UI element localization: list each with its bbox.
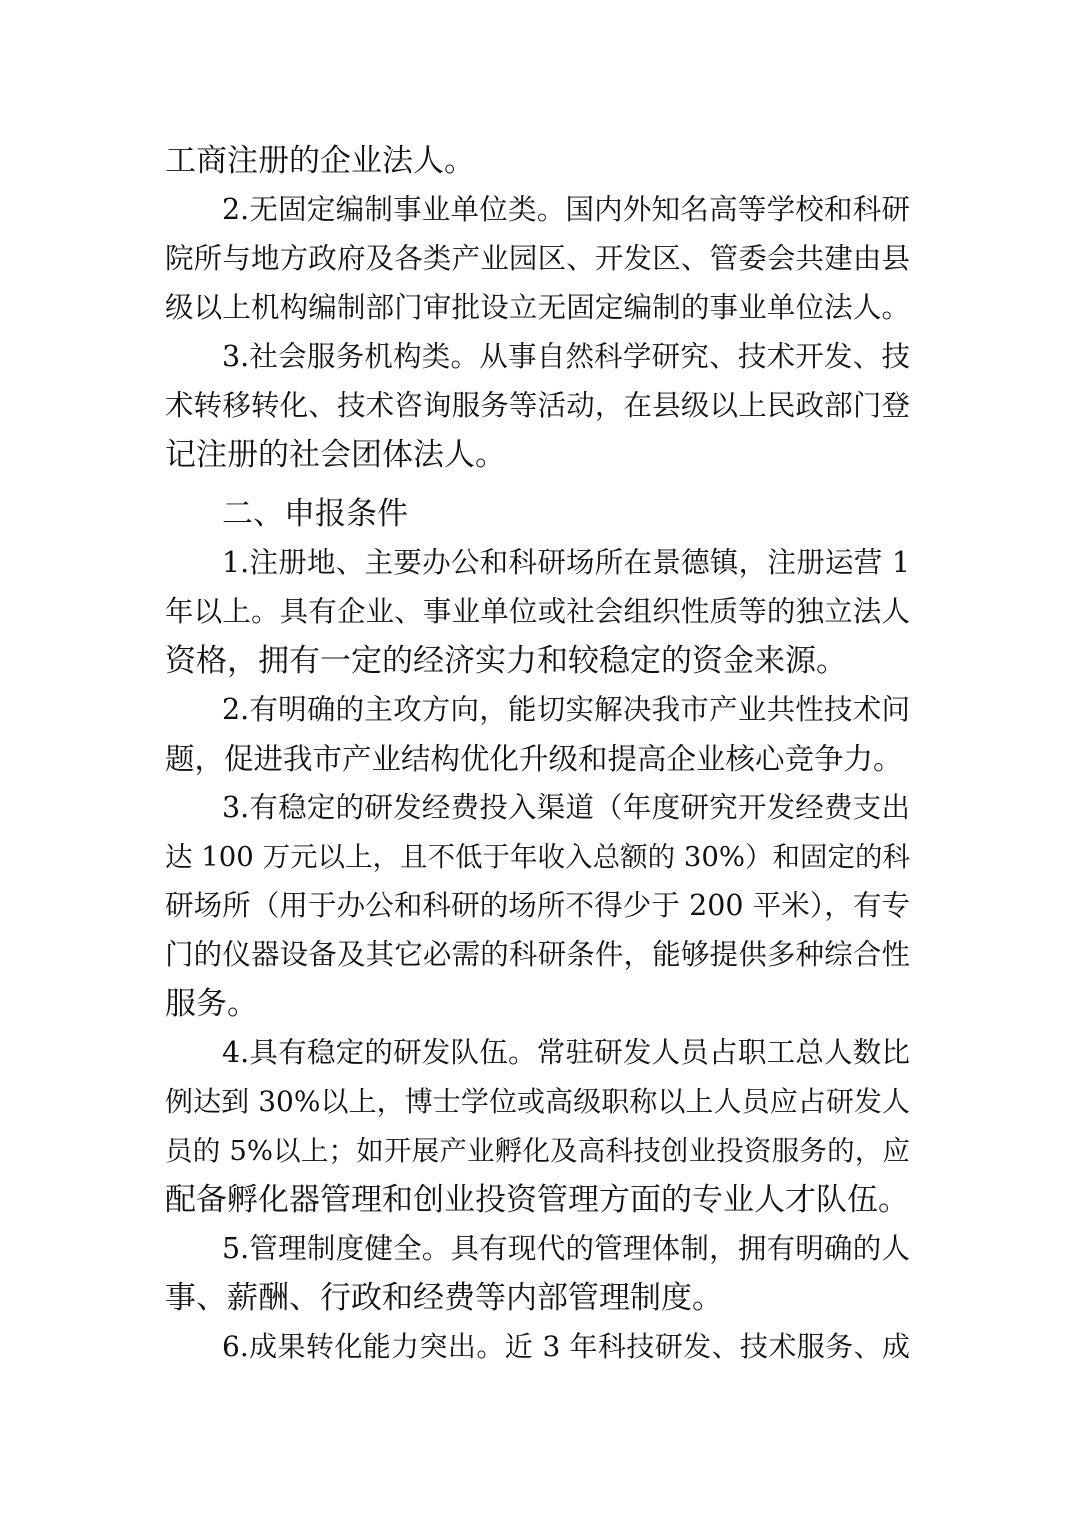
paragraph-line: 服务。 [165, 984, 910, 1024]
paragraph-line: 事、薪酬、行政和经费等内部管理制度。 [165, 1278, 910, 1318]
paragraph-line: 4.具有稳定的研发队伍。常驻研发人员占职工总人数比 [222, 1033, 910, 1073]
paragraph-line: 院所与地方政府及各类产业园区、开发区、管委会共建由县 [165, 239, 910, 279]
paragraph-line: 记注册的社会团体法人。 [165, 435, 910, 475]
paragraph-line: 术转移转化、技术咨询服务等活动，在县级以上民政部门登 [165, 386, 910, 426]
paragraph-line: 2.无固定编制事业单位类。国内外知名高等学校和科研 [222, 190, 910, 230]
paragraph-line: 配备孵化器管理和创业投资管理方面的专业人才队伍。 [165, 1180, 910, 1220]
paragraph-line: 员的 5%以上；如开展产业孵化及高科技创业投资服务的，应 [165, 1131, 910, 1171]
paragraph-line: 级以上机构编制部门审批设立无固定编制的事业单位法人。 [165, 288, 910, 328]
document-page: 工商注册的企业法人。 2.无固定编制事业单位类。国内外知名高等学校和科研 院所与… [0, 0, 1074, 1520]
paragraph-line: 6.成果转化能力突出。近 3 年科技研发、技术服务、成 [222, 1327, 910, 1367]
paragraph-line: 题，促进我市产业结构优化升级和提高企业核心竞争力。 [165, 739, 910, 779]
section-heading: 二、申报条件 [222, 494, 408, 534]
paragraph-line: 资格，拥有一定的经济实力和较稳定的资金来源。 [165, 641, 910, 681]
paragraph-line: 门的仪器设备及其它必需的科研条件，能够提供多种综合性 [165, 935, 910, 975]
paragraph-line: 年以上。具有企业、事业单位或社会组织性质等的独立法人 [165, 592, 910, 632]
paragraph-line: 3.有稳定的研发经费投入渠道（年度研究开发经费支出 [222, 788, 910, 828]
paragraph-line: 2.有明确的主攻方向，能切实解决我市产业共性技术问 [222, 690, 910, 730]
paragraph-line: 3.社会服务机构类。从事自然科学研究、技术开发、技 [222, 337, 910, 377]
paragraph-line: 5.管理制度健全。具有现代的管理体制，拥有明确的人 [222, 1229, 910, 1269]
paragraph-line: 达 100 万元以上，且不低于年收入总额的 30%）和固定的科 [165, 837, 910, 877]
paragraph-line: 工商注册的企业法人。 [165, 141, 910, 181]
paragraph-line: 例达到 30%以上，博士学位或高级职称以上人员应占研发人 [165, 1082, 910, 1122]
paragraph-line: 研场所（用于办公和科研的场所不得少于 200 平米），有专 [165, 886, 910, 926]
paragraph-line: 1.注册地、主要办公和科研场所在景德镇，注册运营 1 [222, 543, 910, 583]
